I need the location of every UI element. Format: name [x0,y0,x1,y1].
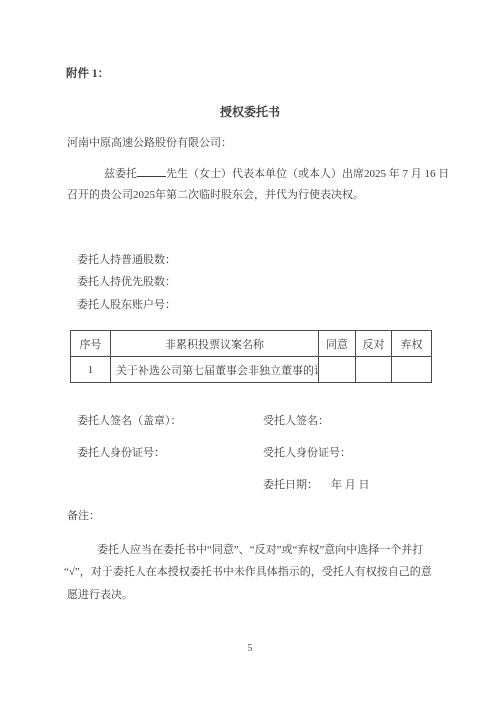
cell-proposal-name: 关于补选公司第七届董事会非独立董事的议案 [111,357,319,383]
proxy-statement-line2: 召开的贵公司2025年第二次临时股东会，并代为行使表决权。 [67,186,364,202]
table-row: 1 关于补选公司第七届董事会非独立董事的议案 [71,357,432,383]
page-number: 5 [0,643,500,654]
trustee-signature-label: 受托人签名： [263,412,329,428]
principal-id-label: 委托人身份证号： [77,444,165,460]
cell-number: 1 [71,357,111,383]
document-title: 授权委托书 [0,103,500,120]
entrust-date-label: 委托日期： [263,476,318,492]
salutation-line: 河南中原高速公路股份有限公司： [67,134,232,150]
trustee-id-label: 受托人身份证号： [263,444,351,460]
proxy-name-blank-underline [137,164,166,177]
header-cell-abstain: 弃权 [392,331,432,357]
ordinary-shares-line: 委托人持普通股数： [77,251,176,267]
voting-table: 序号 非累积投票议案名称 同意 反对 弃权 1 关于补选公司第七届董事会非独立董… [70,330,432,383]
cell-abstain-vote [392,357,432,383]
cell-oppose-vote [356,357,392,383]
notes-line-2: “√”，对于委托人在本授权委托书中未作具体指示的，受托人有权按自己的意 [64,563,432,579]
table-header-row: 序号 非累积投票议案名称 同意 反对 弃权 [71,331,432,357]
cell-agree-vote [319,357,356,383]
header-cell-agree: 同意 [319,331,356,357]
proxy-statement-line1: 兹委托先生（女士）代表本单位（或本人）出席2025 年 7 月 16 日 [104,164,449,181]
entrust-date-value: 年 月 日 [331,476,370,492]
proxy-statement-line1-pre: 兹委托 [104,168,137,180]
proxy-statement-line1-post: 先生（女士）代表本单位（或本人）出席2025 年 7 月 16 日 [166,168,449,180]
notes-line-1: 委托人应当在委托书中“同意”、“反对”或“弃权”意向中选择一个并打 [97,541,423,557]
header-cell-number: 序号 [71,331,111,357]
header-cell-proposal-name: 非累积投票议案名称 [111,331,319,357]
attachment-label: 附件 1： [66,65,109,81]
principal-signature-label: 委托人签名（盖章）： [77,412,182,428]
notes-line-3: 愿进行表决。 [67,586,133,602]
document-page: 附件 1： 授权委托书 河南中原高速公路股份有限公司： 兹委托先生（女士）代表本… [0,0,500,707]
notes-label: 备注： [67,507,100,523]
preferred-shares-line: 委托人持优先股数： [77,273,176,289]
header-cell-oppose: 反对 [356,331,392,357]
shareholder-account-line: 委托人股东账户号： [77,296,176,312]
